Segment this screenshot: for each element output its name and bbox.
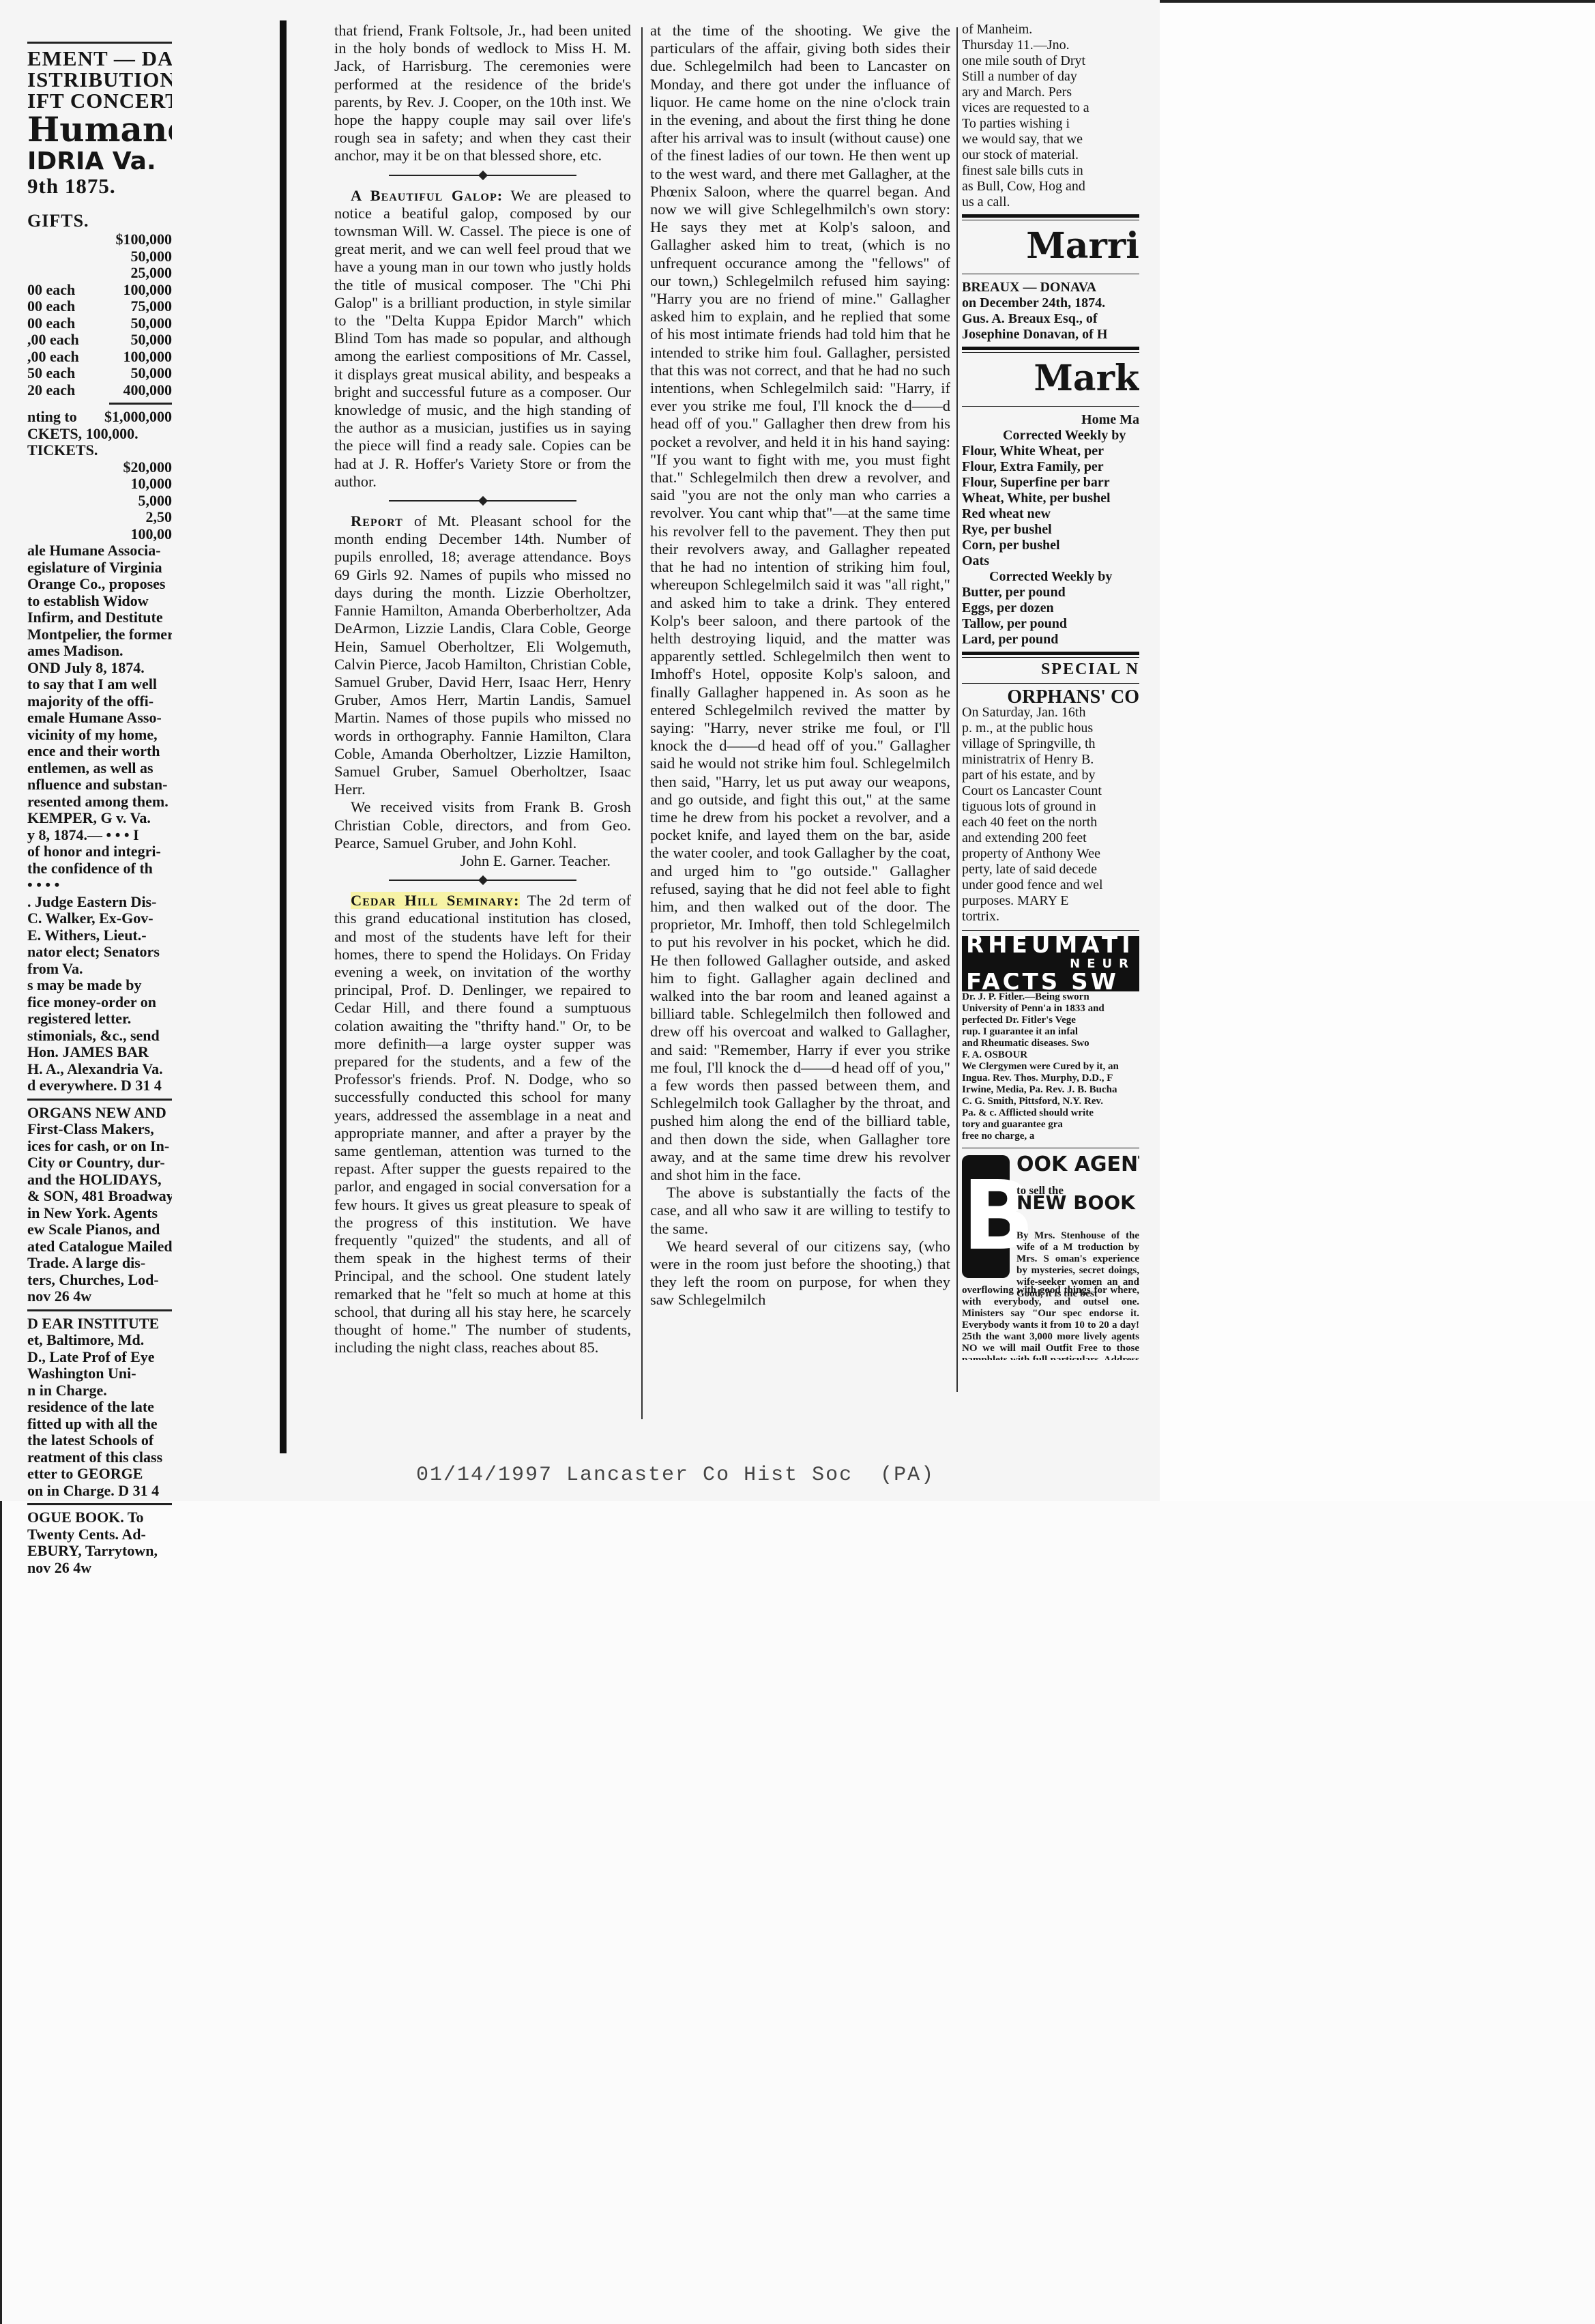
market-item: Red wheat new xyxy=(962,506,1139,522)
orphans-line: village of Springville, th xyxy=(962,736,1139,752)
gift-row: 00 each100,000 xyxy=(27,282,172,299)
citizens-paragraph: We heard several of our citizens say, (w… xyxy=(650,1238,950,1309)
market-item: Butter, per pound xyxy=(962,585,1139,600)
ad-head-line: EMENT — DAY xyxy=(27,48,172,69)
rheumatism-ad-subbanner: NEUR xyxy=(962,955,1139,973)
shooting-summary: The above is substantially the facts of … xyxy=(650,1184,950,1238)
notice-line: one mile south of Dryt xyxy=(962,53,1139,69)
ad-body-line: of honor and integri- xyxy=(27,843,172,860)
ad-body-line: vicinity of my home, xyxy=(27,727,172,744)
market-item: Eggs, per dozen xyxy=(962,600,1139,616)
ad-body-line: H. A., Alexandria Va. xyxy=(27,1061,172,1078)
ticket-price-list: $20,00010,0005,0002,50100,00 xyxy=(27,459,172,543)
organs-ad-line: & SON, 481 Broadway, xyxy=(27,1188,172,1205)
ad-head-line: ISTRIBUTION. xyxy=(27,69,172,90)
ear-ad-line: Washington Uni- xyxy=(27,1365,172,1382)
organs-ad-line: and the HOLIDAYS, xyxy=(27,1172,172,1189)
book-ad-title: OOK AGENT xyxy=(1016,1157,1139,1172)
book-ad-line: nov 26 4w xyxy=(27,1560,172,1577)
gift-list: $100,00050,00025,00000 each100,00000 eac… xyxy=(27,231,172,398)
market-item: Tallow, per pound xyxy=(962,616,1139,632)
rheumatism-ad-line: Dr. J. P. Fitler.—Being sworn xyxy=(962,991,1139,1003)
gift-value: $100,000 xyxy=(116,231,173,248)
special-notices-heading: SPECIAL N xyxy=(962,662,1139,678)
ad-body-line: E. Withers, Lieut.- xyxy=(27,927,172,944)
ticket-price: 10,000 xyxy=(27,476,172,493)
ticket-price: $20,000 xyxy=(27,459,172,476)
book-ad-new-book: NEW BOOK TEL xyxy=(1016,1195,1139,1212)
sale-bills-notice: of Manheim.Thursday 11.—Jno.one mile sou… xyxy=(962,22,1139,210)
organs-ad-line: First-Class Makers, xyxy=(27,1121,172,1138)
ear-ad-line: the latest Schools of xyxy=(27,1432,172,1449)
ad-body-line: from Va. xyxy=(27,961,172,978)
produce-prices: Butter, per poundEggs, per dozenTallow, … xyxy=(962,585,1139,648)
organs-ad-line: nov 26 4w xyxy=(27,1288,172,1305)
shooting-story-column: at the time of the shooting. We give the… xyxy=(650,22,950,1309)
gift-value: 50,000 xyxy=(131,315,173,332)
rheumatism-ad-line: rup. I guarantee it an infal xyxy=(962,1026,1139,1038)
ad-body-line: fice money-order on xyxy=(27,994,172,1011)
cedar-hill-article: Cedar Hill Seminary: The 2d term of this… xyxy=(334,892,631,1356)
ear-institute-ad: D EAR INSTITUTEet, Baltimore, Md.D., Lat… xyxy=(27,1316,172,1500)
gift-value: 100,000 xyxy=(123,349,173,366)
rule xyxy=(27,1309,172,1311)
cedar-text: The 2d term of this grand educational in… xyxy=(334,892,631,1356)
gift-value: 25,000 xyxy=(131,265,173,282)
notice-line: Thursday 11.—Jno. xyxy=(962,38,1139,53)
orphans-line: On Saturday, Jan. 16th xyxy=(962,705,1139,721)
ear-ad-line: on in Charge. D 31 4 xyxy=(27,1483,172,1500)
ad-body-line: ames Madison. xyxy=(27,643,172,660)
ad-body-line: stimonials, &c., send xyxy=(27,1028,172,1045)
ad-body-line: s may be made by xyxy=(27,977,172,994)
organs-ad-line: in New York. Agents xyxy=(27,1205,172,1222)
rule xyxy=(962,652,1139,658)
ad-body-line: registered letter. xyxy=(27,1011,172,1028)
notice-line: we would say, that we xyxy=(962,132,1139,147)
organs-ad-line: ated Catalogue Mailed. xyxy=(27,1238,172,1255)
ad-body-line: Hon. JAMES BAR xyxy=(27,1044,172,1061)
gift-value: 50,000 xyxy=(131,248,173,265)
book-ad-initial: B xyxy=(962,1155,1010,1278)
notice-line: of Manheim. xyxy=(962,22,1139,38)
market-item: Flour, White Wheat, per xyxy=(962,444,1139,459)
ad-body-line: nfluence and substan- xyxy=(27,776,172,794)
rule xyxy=(962,347,1139,353)
facts-banner: FACTS SW xyxy=(962,973,1139,991)
left-ad-column: EMENT — DAY ISTRIBUTION. IFT CONCERT. Hu… xyxy=(27,38,172,1576)
ticket-price: 5,000 xyxy=(27,493,172,510)
ear-ad-line: D EAR INSTITUTE xyxy=(27,1316,172,1333)
rule xyxy=(27,42,172,44)
notice-line: us a call. xyxy=(962,194,1139,210)
book-ad-new-book-label: NEW BOOK xyxy=(1016,1191,1135,1214)
rheumatism-ad-line: free no charge, a xyxy=(962,1131,1139,1142)
gift-row: 50,000 xyxy=(27,248,172,265)
rheumatism-ad-line: perfected Dr. Fitler's Vege xyxy=(962,1015,1139,1026)
ad-body-line: Orange Co., proposes xyxy=(27,576,172,593)
notice-line: To parties wishing i xyxy=(962,116,1139,132)
ticket-price: 100,00 xyxy=(27,526,172,543)
orphans-court-notice: On Saturday, Jan. 16thp. m., at the publ… xyxy=(962,705,1139,925)
ad-title: Humane Asso. xyxy=(27,111,172,148)
marriage-line: BREAUX — DONAVA xyxy=(962,280,1139,295)
gift-label: 00 each xyxy=(27,298,75,315)
orphans-line: purposes. MARY E xyxy=(962,893,1139,909)
book-ad-line: Twenty Cents. Ad- xyxy=(27,1526,172,1543)
orphans-line: ministratrix of Henry B. xyxy=(962,752,1139,768)
orphans-line: perty, late of said decede xyxy=(962,862,1139,877)
ad-date: 9th 1875. xyxy=(27,175,172,197)
gift-total-row: nting to $1,000,000 xyxy=(27,409,172,426)
rheumatism-ad-line: tory and guarantee gra xyxy=(962,1119,1139,1131)
ear-ad-line: et, Baltimore, Md. xyxy=(27,1332,172,1349)
market-item: Wheat, White, per bushel xyxy=(962,491,1139,506)
gift-value: 50,000 xyxy=(131,332,173,349)
blank-paper-area xyxy=(1160,3,1595,1501)
orphans-line: p. m., at the public hous xyxy=(962,721,1139,736)
orphans-line: tiguous lots of ground in xyxy=(962,799,1139,815)
ear-ad-line: reatment of this class xyxy=(27,1449,172,1466)
gift-label: 20 each xyxy=(27,382,75,399)
organs-ad: ORGANS NEW ANDFirst-Class Makers,ices fo… xyxy=(27,1105,172,1305)
rule xyxy=(27,1503,172,1505)
ad-body-line: Infirm, and Destitute xyxy=(27,609,172,626)
gift-label: 00 each xyxy=(27,315,75,332)
ad-body-line: nator elect; Senators xyxy=(27,944,172,961)
gift-row: ,00 each50,000 xyxy=(27,332,172,349)
marriage-line: Josephine Donavan, of H xyxy=(962,327,1139,343)
gift-value: 50,000 xyxy=(131,365,173,382)
ad-body-line: • • • • xyxy=(27,877,172,894)
ad-body-line: majority of the offi- xyxy=(27,693,172,710)
ornament-divider xyxy=(334,172,631,179)
orphans-line: property of Anthony Wee xyxy=(962,846,1139,862)
notice-line: finest sale bills cuts in xyxy=(962,163,1139,179)
gift-value: 400,000 xyxy=(123,382,173,399)
notice-line: Still a number of day xyxy=(962,69,1139,85)
market-item: Oats xyxy=(962,553,1139,569)
ad-body-line: KEMPER, G v. Va. xyxy=(27,810,172,827)
ad-body-line: to establish Widow xyxy=(27,593,172,610)
rule xyxy=(962,1148,1139,1148)
rule xyxy=(962,683,1139,684)
book-ad-line: EBURY, Tarrytown, xyxy=(27,1543,172,1560)
corrected-weekly-label: Corrected Weekly by xyxy=(962,569,1139,585)
market-item: Corn, per bushel xyxy=(962,538,1139,553)
ad-body-line: entlemen, as well as xyxy=(27,760,172,777)
rheumatism-ad-line: and Rheumatic diseases. Swo xyxy=(962,1038,1139,1049)
ad-city: IDRIA Va. xyxy=(27,148,172,175)
market-item: Flour, Superfine per barr xyxy=(962,475,1139,491)
market-item: Rye, per bushel xyxy=(962,522,1139,538)
ear-ad-line: n in Charge. xyxy=(27,1382,172,1399)
ornament-divider xyxy=(334,497,631,504)
local-news-column: that friend, Frank Foltsole, Jr., had be… xyxy=(334,22,631,1356)
right-column: of Manheim.Thursday 11.—Jno.one mile sou… xyxy=(962,22,1139,1360)
rule xyxy=(962,930,1139,931)
notice-line: vices are requested to a xyxy=(962,100,1139,116)
orphans-line: each 40 feet on the north xyxy=(962,815,1139,830)
gift-row: 00 each75,000 xyxy=(27,298,172,315)
gift-row: 00 each50,000 xyxy=(27,315,172,332)
ear-ad-line: etter to GEORGE xyxy=(27,1466,172,1483)
book-agents-ad: B OOK AGENT to sell the NEW BOOK TEL By … xyxy=(962,1155,1139,1360)
organs-ad-line: ORGANS NEW AND xyxy=(27,1105,172,1122)
gift-row: ,00 each100,000 xyxy=(27,349,172,366)
gift-row: $100,000 xyxy=(27,231,172,248)
ad-body-line: OND July 8, 1874. xyxy=(27,660,172,677)
wedding-notice: that friend, Frank Foltsole, Jr., had be… xyxy=(334,22,631,165)
gift-label: ,00 each xyxy=(27,349,79,366)
shooting-paragraph: at the time of the shooting. We give the… xyxy=(650,22,950,1184)
column-rule xyxy=(641,27,643,1419)
rheumatism-ad-line: C. G. Smith, Pittsford, N.Y. Rev. xyxy=(962,1096,1139,1107)
markets-heading: Mark xyxy=(962,357,1139,401)
ad-body-line: d everywhere. D 31 4 xyxy=(27,1077,172,1094)
orphans-line: under good fence and wel xyxy=(962,877,1139,893)
report-heading: Report xyxy=(351,512,403,529)
cedar-heading-highlighted: Cedar Hill Seminary: xyxy=(351,892,520,909)
galop-text: We are pleased to notice a beatiful galo… xyxy=(334,187,631,490)
rule xyxy=(962,214,1139,220)
gift-total-value: $1,000,000 xyxy=(104,409,172,426)
corrected-weekly-label: Corrected Weekly by xyxy=(962,428,1139,444)
scanner-left-edge xyxy=(0,1501,2,2324)
marriage-line: on December 24th, 1874. xyxy=(962,295,1139,311)
tickets-line: CKETS, 100,000. xyxy=(27,426,172,443)
gift-label: 00 each xyxy=(27,282,75,299)
archive-stamp: 01/14/1997 Lancaster Co Hist Soc (PA) xyxy=(416,1464,935,1487)
marriage-line: Gus. A. Breaux Esq., of xyxy=(962,311,1139,327)
orphans-line: and extending 200 feet xyxy=(962,830,1139,846)
visits-paragraph: We received visits from Frank B. Grosh C… xyxy=(334,798,631,852)
ad-head-line: IFT CONCERT. xyxy=(27,90,172,111)
ticket-price: 2,50 xyxy=(27,509,172,526)
rheumatism-ad-line: Ingua. Rev. Thos. Murphy, D.D., F xyxy=(962,1073,1139,1084)
rule xyxy=(962,274,1139,274)
ad-body-line: . Judge Eastern Dis- xyxy=(27,894,172,911)
rule xyxy=(27,1099,172,1101)
galop-heading: A Beautiful Galop: xyxy=(351,187,503,204)
orphans-line: part of his estate, and by xyxy=(962,768,1139,783)
teacher-signature: John E. Garner. Teacher. xyxy=(334,852,631,870)
organs-ad-line: ices for cash, or on In- xyxy=(27,1138,172,1155)
gift-row: 20 each400,000 xyxy=(27,382,172,399)
gift-row: 25,000 xyxy=(27,265,172,282)
orphans-court-heading: ORPHANS' CO xyxy=(962,689,1139,705)
organs-ad-line: ew Scale Pianos, and xyxy=(27,1221,172,1238)
column-rule xyxy=(280,20,287,1453)
gift-label: ,00 each xyxy=(27,332,79,349)
gift-row: 50 each50,000 xyxy=(27,365,172,382)
organs-ad-line: ters, Churches, Lod- xyxy=(27,1272,172,1289)
rheumatism-ad-body: Dr. J. P. Fitler.—Being swornUniversity … xyxy=(962,991,1139,1142)
market-item: Lard, per pound xyxy=(962,632,1139,648)
book-ad-line: OGUE BOOK. To xyxy=(27,1509,172,1526)
column-rule xyxy=(956,27,958,1392)
ad-body-line: C. Walker, Ex-Gov- xyxy=(27,910,172,927)
ad-body-line: y 8, 1874.— • • • I xyxy=(27,827,172,844)
ad-body-line: ence and their worth xyxy=(27,743,172,760)
marriages-heading: Marri xyxy=(962,224,1139,268)
ear-ad-line: fitted up with all the xyxy=(27,1416,172,1433)
book-ad-body-continued: overflowing with good things for where, … xyxy=(962,1285,1139,1360)
galop-article: A Beautiful Galop: We are pleased to not… xyxy=(334,187,631,491)
report-text: of Mt. Pleasant school for the month end… xyxy=(334,512,631,798)
gift-label: 50 each xyxy=(27,365,75,382)
orphans-line: tortrix. xyxy=(962,909,1139,925)
gift-value: 100,000 xyxy=(123,282,173,299)
rheumatism-ad-line: F. A. OSBOUR xyxy=(962,1049,1139,1061)
rheumatism-ad-line: We Clergymen were Cured by it, an xyxy=(962,1061,1139,1073)
rheumatism-ad-line: Pa. & c. Afflicted should write xyxy=(962,1107,1139,1119)
ad-body-line: resented among them. xyxy=(27,794,172,811)
notice-line: our stock of material. xyxy=(962,147,1139,163)
ad-body-line: Montpelier, the former xyxy=(27,626,172,643)
ear-ad-line: D., Late Prof of Eye xyxy=(27,1349,172,1366)
marriage-notice: BREAUX — DONAVAon December 24th, 1874.Gu… xyxy=(962,280,1139,343)
rule xyxy=(962,406,1139,407)
ad-body-line: ale Humane Associa- xyxy=(27,542,172,560)
grain-prices: Flour, White Wheat, perFlour, Extra Fami… xyxy=(962,444,1139,569)
ear-ad-line: residence of the late xyxy=(27,1399,172,1416)
ad-body-line: egislature of Virginia xyxy=(27,560,172,577)
ad-body: ale Humane Associa-egislature of Virgini… xyxy=(27,542,172,1094)
gift-value: 75,000 xyxy=(131,298,173,315)
orphans-line: Court os Lancaster Count xyxy=(962,783,1139,799)
notice-line: as Bull, Cow, Hog and xyxy=(962,179,1139,194)
ad-body-line: to say that I am well xyxy=(27,676,172,693)
gift-total-label: nting to xyxy=(27,409,77,426)
organs-ad-line: Trade. A large dis- xyxy=(27,1255,172,1272)
catalogue-book-ad: OGUE BOOK. ToTwenty Cents. Ad-EBURY, Tar… xyxy=(27,1509,172,1576)
organs-ad-line: City or Country, dur- xyxy=(27,1154,172,1172)
rheumatism-ad-line: University of Penn'a in 1833 and xyxy=(962,1003,1139,1015)
rheumatism-ad-line: Irwine, Media, Pa. Rev. J. B. Bucha xyxy=(962,1084,1139,1096)
home-markets-heading: Home Ma xyxy=(962,412,1139,428)
gifts-heading: GIFTS. xyxy=(27,210,172,231)
notice-line: ary and March. Pers xyxy=(962,85,1139,100)
ad-body-line: the confidence of th xyxy=(27,860,172,877)
market-item: Flour, Extra Family, per xyxy=(962,459,1139,475)
rule xyxy=(109,403,172,405)
ornament-divider xyxy=(334,877,631,884)
school-report: Report of Mt. Pleasant school for the mo… xyxy=(334,512,631,798)
tickets-heading: TICKETS. xyxy=(27,442,172,459)
rheumatism-ad-banner: RHEUMATI xyxy=(962,936,1139,955)
ad-body-line: emale Humane Asso- xyxy=(27,710,172,727)
